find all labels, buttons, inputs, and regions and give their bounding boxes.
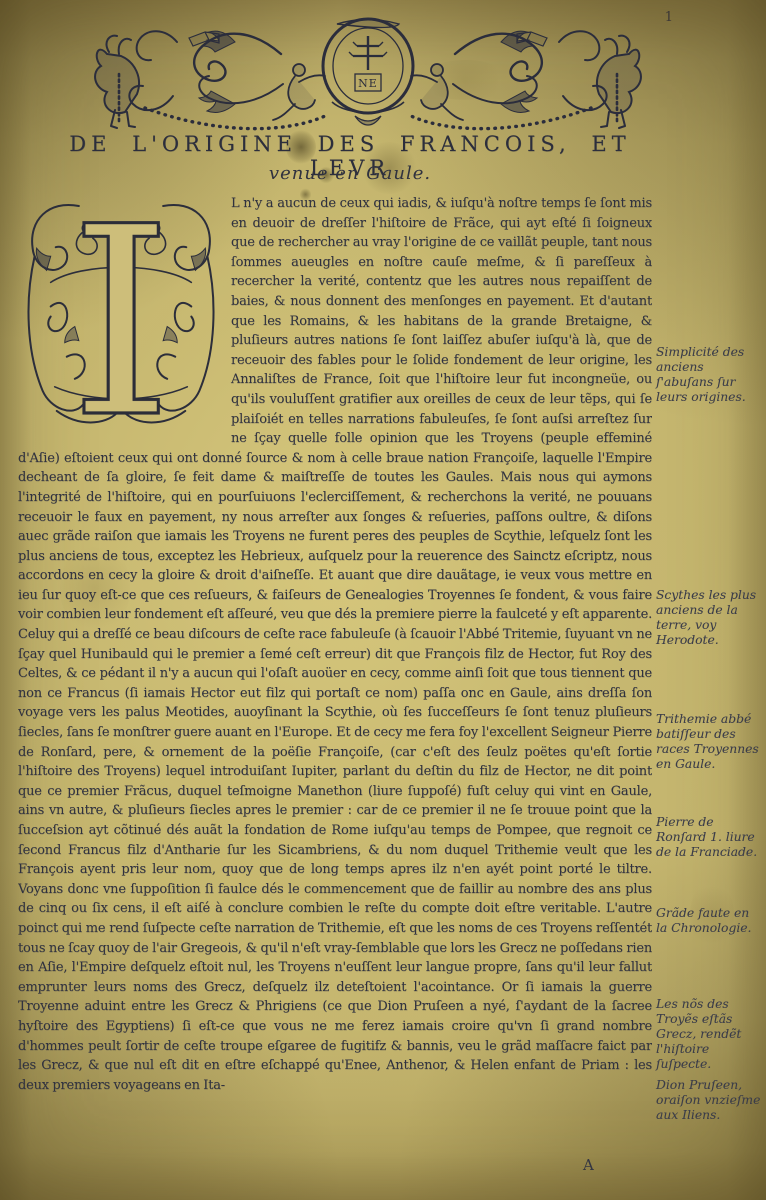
dropcap-letter: I [70,196,173,429]
headpiece-woodcut-icon: NE [85,12,651,132]
margin-note: Pierre de Ronſard 1. liure de la Francia… [656,815,762,860]
body-text-block: I L n'y a aucun de ceux qui iadis, & iuſ… [18,194,652,1156]
book-page: 1 [0,0,766,1200]
margin-note: Trithemie abbé batiſſeur des races Troye… [656,712,762,772]
margin-note: Simplicité des anciens ſ'abuſans ſur leu… [656,345,762,405]
chapter-subtitle: venue en Gaule. [30,163,670,184]
margin-note: Les nõs des Troyẽs eſtãs Grecz, rendẽt l… [656,997,762,1072]
dropcap-initial-icon: I [18,196,224,429]
page-number: 1 [665,10,674,25]
printer-device-monogram: NE [358,77,378,90]
margin-note: Dion Pruſeen, oraiſon vnzieſme aux Ilien… [656,1078,762,1123]
signature-mark: A [583,1156,595,1174]
margin-note: Grãde faute en la Chronologie. [656,906,762,936]
margin-note: Scythes les plus anciens de la terre, vo… [656,588,762,648]
